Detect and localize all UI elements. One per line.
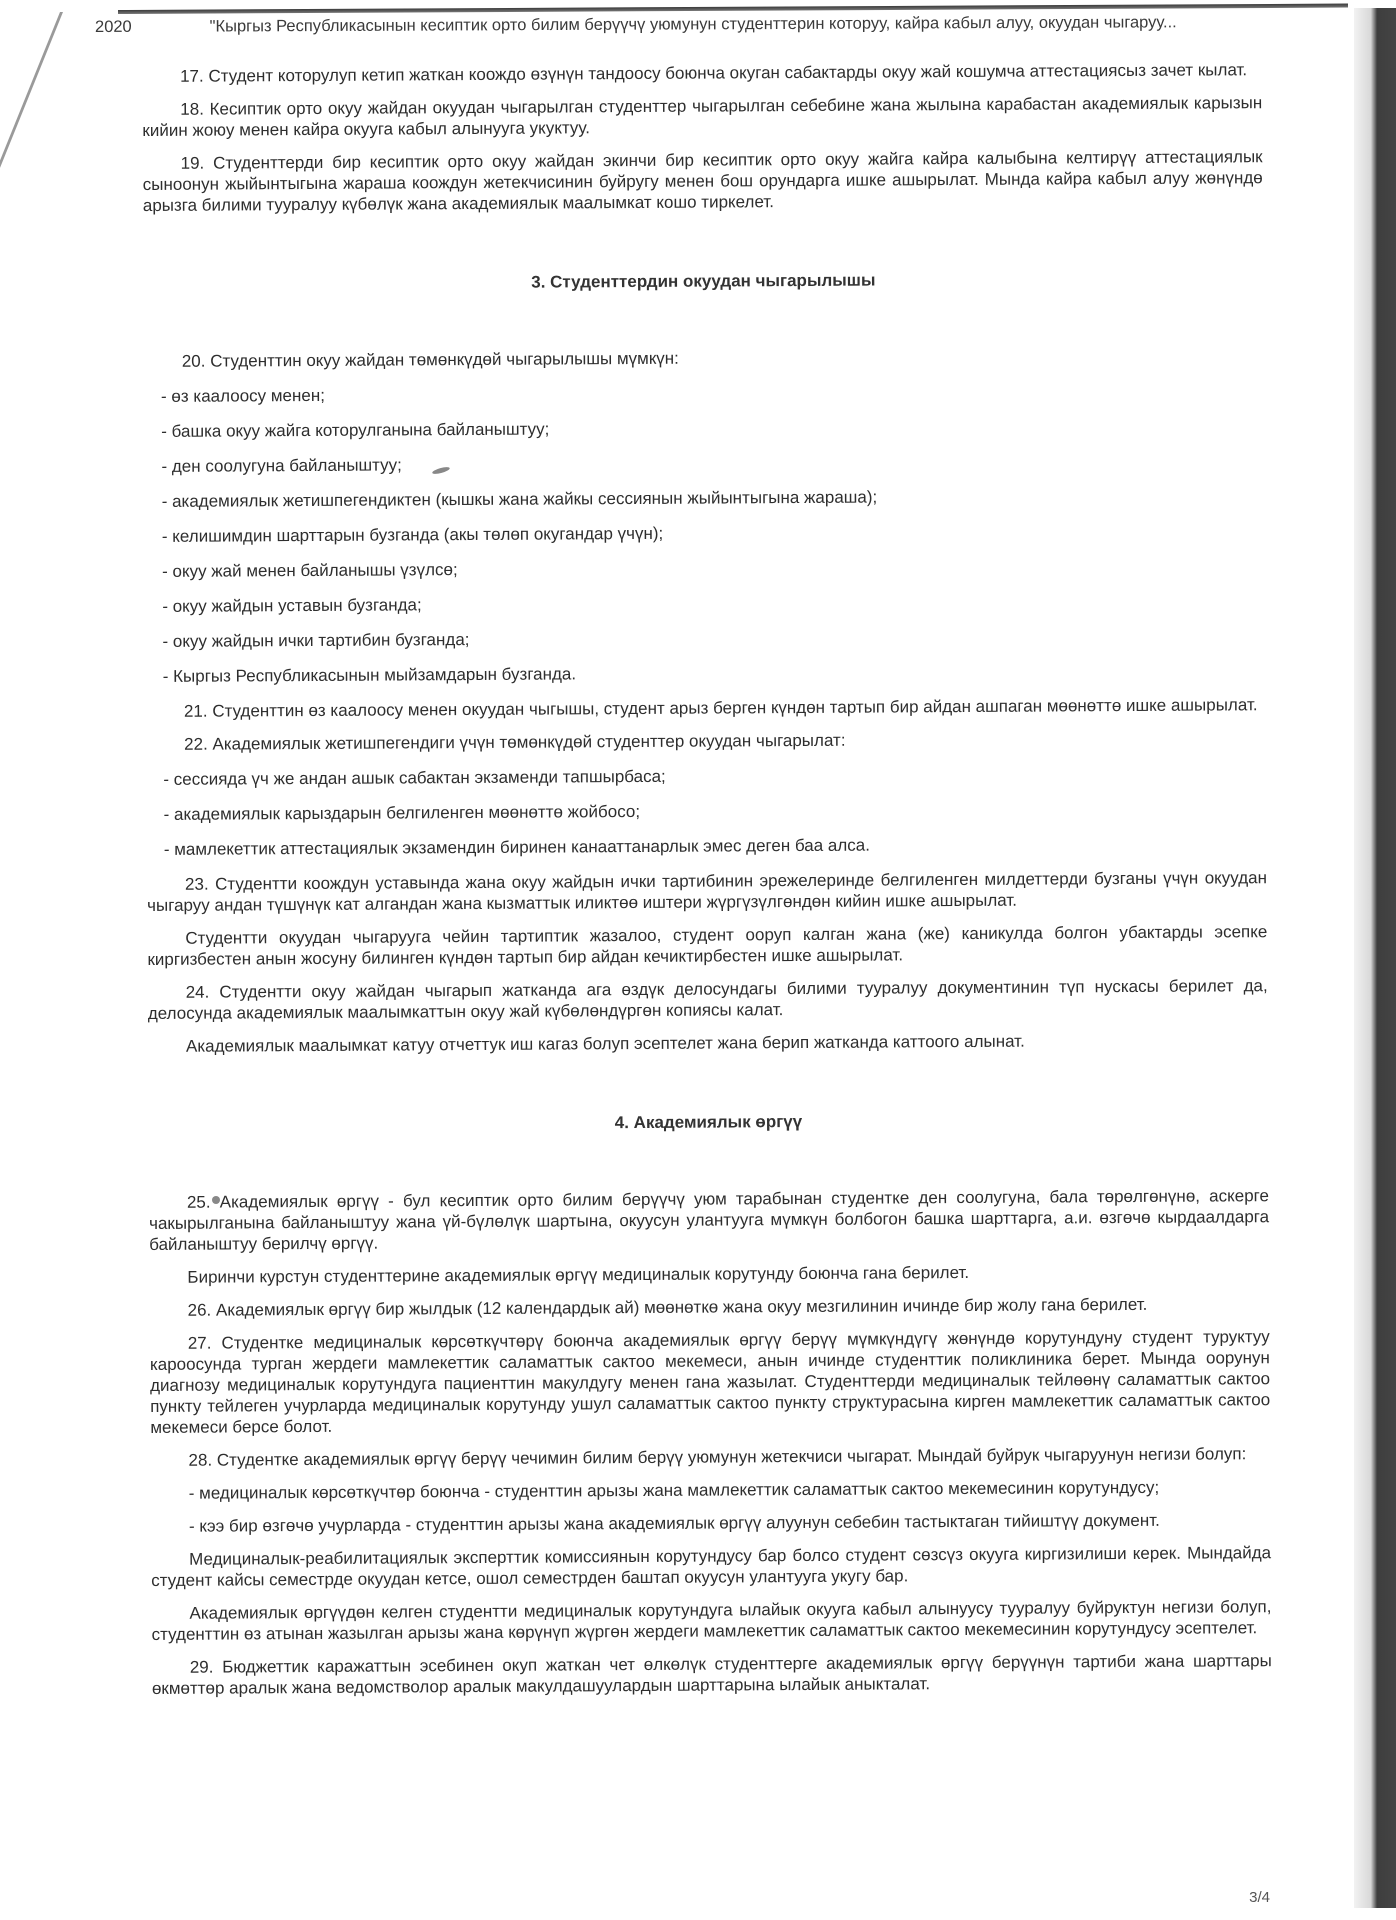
list-item: - академиялык карыздарын белгиленген мөө… [164, 797, 1267, 825]
paragraph-28c: Академиялык өргүүдөн келген студентти ме… [151, 1596, 1271, 1645]
section-4-title: 4. Академиялык өргүү [148, 1108, 1268, 1136]
paragraph-17: 17. Студент которулуп кетип жаткан коожд… [142, 59, 1262, 87]
list-item: - кээ бир өзгөчө учурларда - студенттин … [151, 1509, 1271, 1537]
paragraph-29: 29. Бюджеттик каражаттын эсебинен окуп ж… [152, 1650, 1272, 1699]
list-item: - мамлекеттик аттестациялык экзамендин б… [164, 832, 1267, 860]
section-3-title: 3. Студенттердин окуудан чыгарылышы [143, 267, 1263, 295]
scan-right-shadow [1354, 8, 1396, 1908]
list-item: - окуу жайдын уставын бузганда; [162, 589, 1265, 617]
paragraph-26: 26. Академиялык өргүү бир жылдык (12 кал… [150, 1293, 1270, 1321]
paragraph-20: 20. Студенттин окуу жайдан төмөнкүдөй чы… [144, 344, 1264, 372]
paragraph-27: 27. Студентке медициналык көрсөткүчтөрү … [150, 1326, 1271, 1438]
list-item: - окуу жай менен байланышы үзүлсө; [162, 554, 1265, 582]
ink-smudge [212, 1196, 220, 1204]
paragraph-24: 24. Студентти окуу жайдан чыгарып жаткан… [148, 975, 1268, 1024]
list-item: - ден соолугуна байланыштуу; [161, 449, 1264, 477]
paragraph-22: 22. Академиялык жетишпегендиги үчүн төмө… [146, 727, 1266, 755]
list-item: - башка окуу жайга которулганына байланы… [161, 414, 1264, 442]
document-body: 17. Студент которулуп кетип жаткан коожд… [142, 59, 1272, 1711]
header-title: "Кыргыз Республикасынын кесиптик орто би… [210, 13, 1177, 35]
page-number: 3/4 [1249, 1889, 1270, 1906]
paragraph-28: 28. Студентке академиялык өргүү берүү че… [150, 1443, 1270, 1471]
list-item: - өз каалоосу менен; [161, 379, 1264, 407]
paragraph-24b: Академиялык маалымкат катуу отчеттук иш … [148, 1029, 1268, 1057]
paragraph-25: 25. Академиялык өргүү - бул кесиптик орт… [149, 1185, 1269, 1255]
paragraph-18: 18. Кесиптик орто окуу жайдан окуудан чы… [142, 92, 1262, 141]
list-item: - медициналык көрсөткүчтөр боюнча - студ… [151, 1476, 1271, 1504]
list-item: - сессияда үч же андан ашык сабактан экз… [163, 762, 1266, 790]
running-header: 2020 "Кыргыз Республикасынын кесиптик ор… [95, 13, 1325, 37]
paragraph-25b: Биринчи курстун студенттерине академиялы… [149, 1260, 1269, 1288]
header-year: 2020 [95, 18, 205, 37]
list-item: - академиялык жетишпегендиктен (кышкы жа… [162, 484, 1265, 512]
paragraph-23: 23. Студентти коождун уставында жана оку… [147, 867, 1267, 916]
list-item: - келишимдин шарттарын бузганда (акы төл… [162, 519, 1265, 547]
list-item: - Кыргыз Республикасынын мыйзамдарын буз… [163, 659, 1266, 687]
list-item: - окуу жайдын ички тартибин бузганда; [162, 624, 1265, 652]
paragraph-23b: Студентти окуудан чыгарууга чейин тартип… [147, 921, 1267, 970]
paragraph-28b: Медициналык-реабилитациялык эксперттик к… [151, 1542, 1271, 1591]
document-page: 2020 "Кыргыз Республикасынын кесиптик ор… [0, 0, 1350, 1920]
paragraph-21: 21. Студенттин өз каалоосу менен окуудан… [146, 694, 1266, 722]
paragraph-19: 19. Студенттерди бир кесиптик орто окуу … [143, 146, 1263, 216]
